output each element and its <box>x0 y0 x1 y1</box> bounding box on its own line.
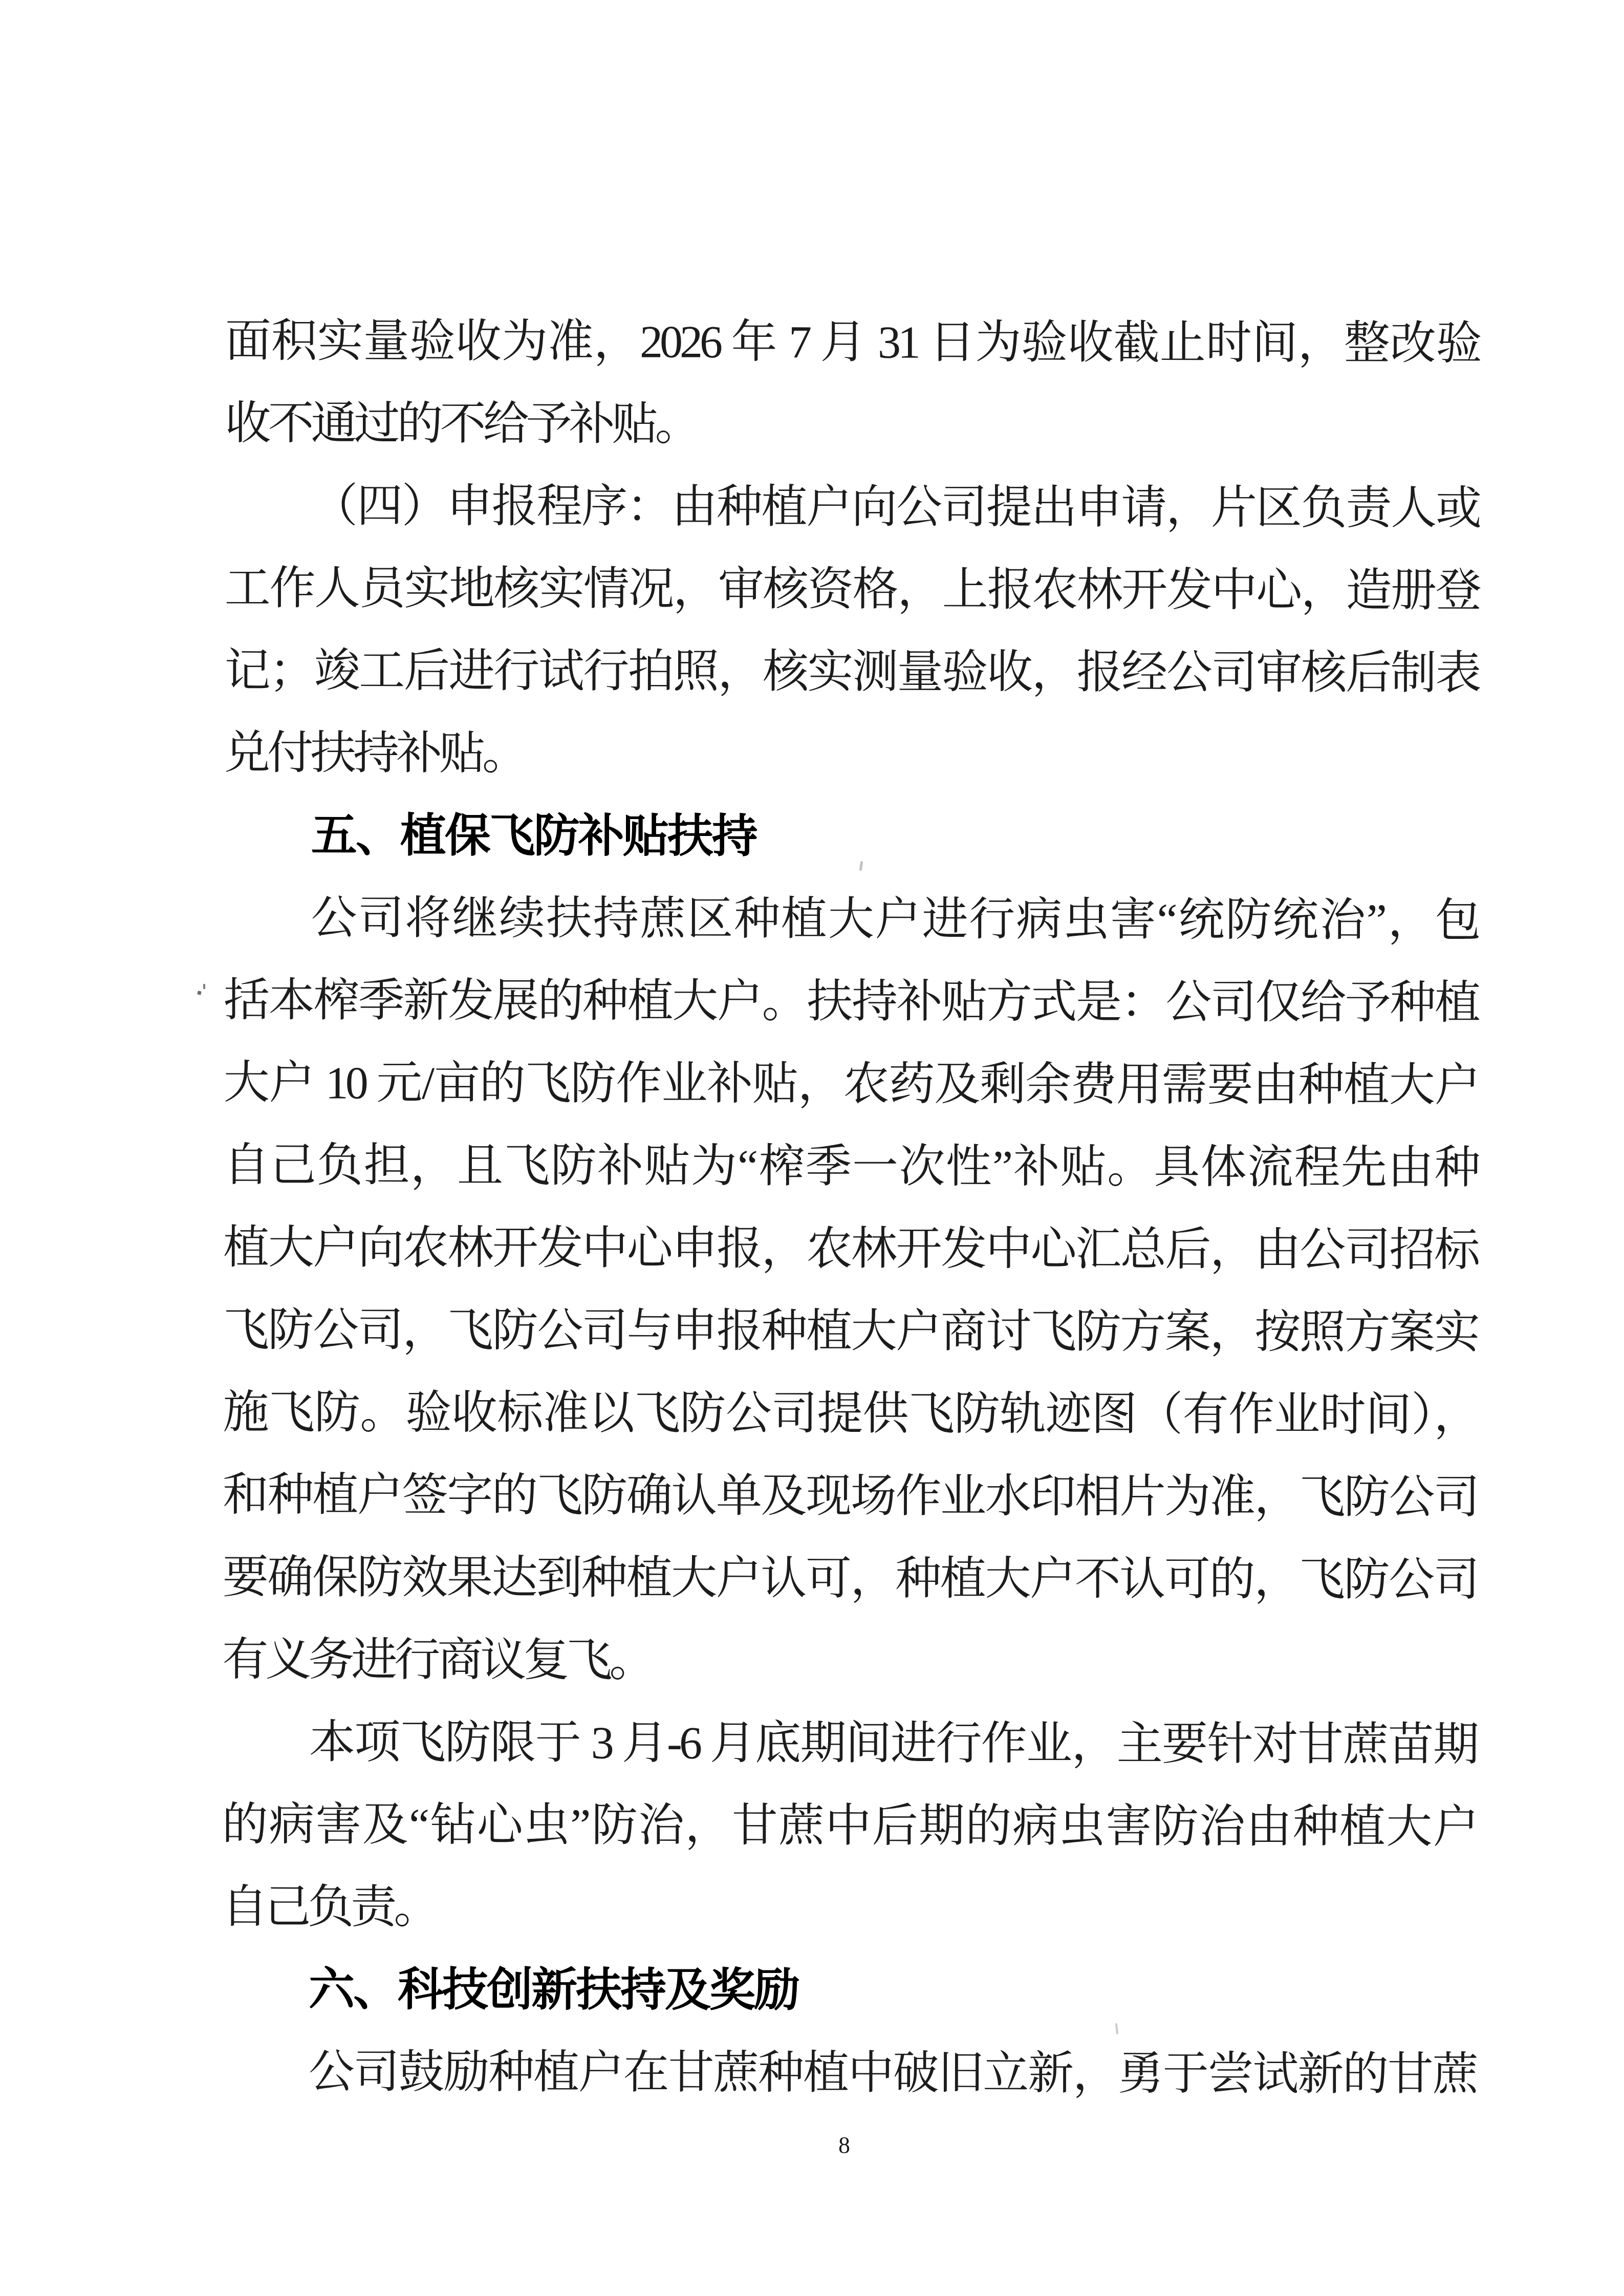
text-line: 植大户向农林开发中心申报，农林开发中心汇总后，由公司招标 <box>223 1207 1477 1292</box>
text-line: 工作人员实地核实情况，审核资格，上报农林开发中心，造册登 <box>225 547 1479 632</box>
text-line: 施飞防。验收标准以飞防公司提供飞防轨迹图（有作业时间）， <box>223 1371 1477 1456</box>
text-line: 公司鼓励种植户在甘蔗种植中破旧立新，勇于尝试新的甘蔗 <box>222 2031 1476 2116</box>
section-heading: 五、植保飞防补贴扶持 <box>224 795 1478 879</box>
text-line: 面积实量验收为准，2026 年 7 月 31 日为验收截止时间，整改验 <box>225 300 1479 385</box>
text-line: 自己负担，且飞防补贴为“榨季一次性”补贴。具体流程先由种 <box>223 1124 1477 1209</box>
text-line: 公司将继续扶持蔗区种植大户进行病虫害“统防统治”，包 <box>224 877 1478 962</box>
text-line: 本项飞防限于 3 月-6 月底期间进行作业，主要针对甘蔗苗期 <box>222 1701 1476 1786</box>
text-line: 括本榨季新发展的种植大户。扶持补贴方式是：公司仅给予种植 <box>224 959 1478 1044</box>
text-line: 大户 10 元/亩的飞防作业补贴，农药及剩余费用需要由种植大户 <box>224 1042 1478 1127</box>
text-line: 飞防公司，飞防公司与申报种植大户商讨飞防方案，按照方案实 <box>223 1289 1477 1374</box>
scan-noise-speck <box>203 984 205 989</box>
page-number: 8 <box>838 2134 850 2157</box>
text-line: 收不通过的不给予补贴。 <box>225 382 1479 467</box>
text-line: （四）申报程序：由种植户向公司提出申请，片区负责人或 <box>225 465 1479 550</box>
scan-noise-speck <box>197 991 201 995</box>
scanned-document-page: 面积实量验收为准，2026 年 7 月 31 日为验收截止时间，整改验 收不通过… <box>0 0 1624 2296</box>
section-heading: 六、科技创新扶持及奖励 <box>222 1948 1476 2033</box>
document-text-block: 面积实量验收为准，2026 年 7 月 31 日为验收截止时间，整改验 收不通过… <box>222 300 1479 2116</box>
text-line: 兑付扶持补贴。 <box>224 712 1478 797</box>
text-line: 的病害及“钻心虫”防治，甘蔗中后期的病虫害防治由种植大户 <box>222 1784 1476 1869</box>
text-line: 有义务进行商议复飞。 <box>222 1619 1476 1704</box>
text-line: 要确保防效果达到种植大户认可，种植大户不认可的，飞防公司 <box>223 1536 1477 1621</box>
text-line: 和种植户签字的飞防确认单及现场作业水印相片为准，飞防公司 <box>223 1454 1477 1539</box>
text-line: 自己负责。 <box>222 1866 1476 1951</box>
text-line: 记；竣工后进行试行拍照，核实测量验收，报经公司审核后制表 <box>224 630 1478 715</box>
